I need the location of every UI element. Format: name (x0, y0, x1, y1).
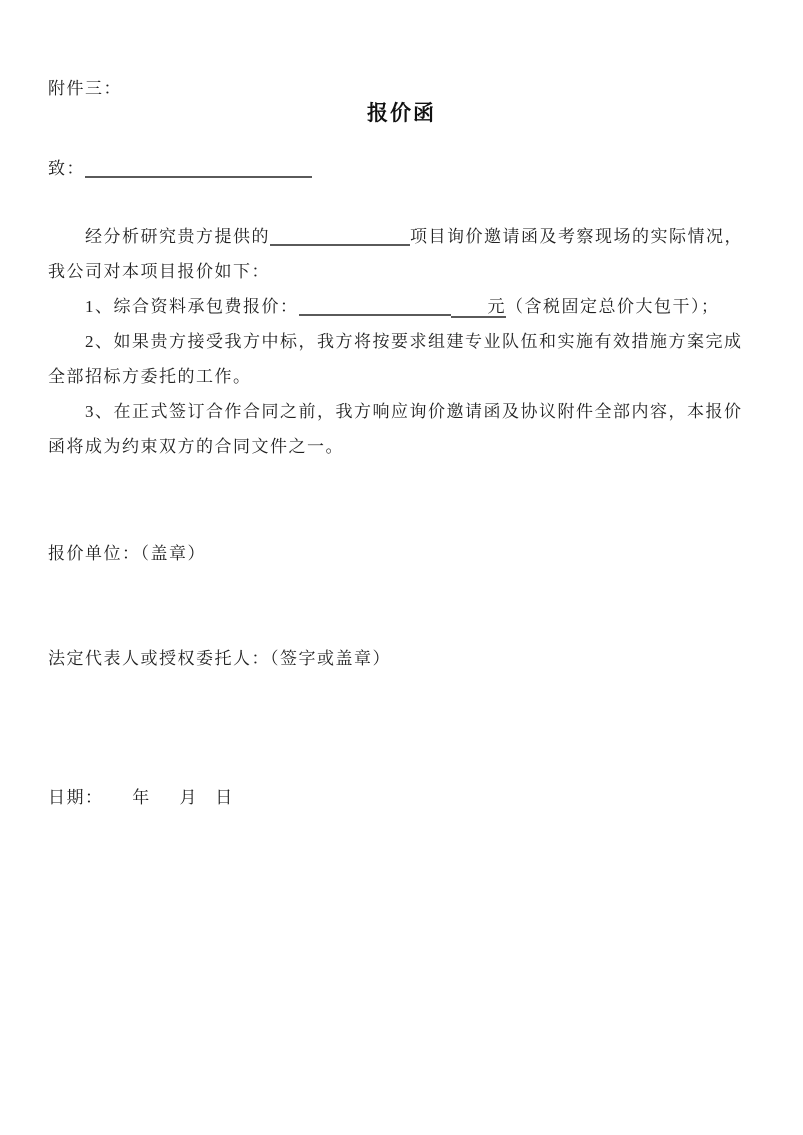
legal-representative-line: 法定代表人或授权委托人：（签字或盖章） (48, 641, 755, 676)
price-unit-label: 元 (451, 297, 507, 318)
item-1-line: 1、综合资料承包费报价：元（含税固定总价大包干）； (48, 289, 755, 324)
item-2-line-1: 2、如果贵方接受我方中标，我方将按要求组建专业队伍和实施有效措施方案完成 (48, 324, 755, 359)
quoting-unit-seal-line: 报价单位：（盖章） (48, 536, 755, 571)
price-blank-field (299, 294, 451, 316)
document-page: 附件三： 报价函 致： 经分析研究贵方提供的项目询价邀请函及考察现场的实际情况，… (0, 0, 803, 1135)
salutation-line: 致： (48, 151, 755, 186)
salutation-prefix: 致： (48, 159, 85, 178)
item-2-line-2: 全部招标方委托的工作。 (48, 359, 755, 394)
document-title: 报价函 (48, 96, 755, 131)
intro-line-2: 我公司对本项目报价如下： (48, 254, 755, 289)
date-line: 日期： 年 月 日 (48, 780, 755, 815)
list-item-3: 3、在正式签订合作合同之前，我方响应询价邀请函及协议附件全部内容，本报价 函将成… (48, 394, 755, 464)
intro-text-after-blank: 项目询价邀请函及考察现场的实际情况， (410, 227, 743, 246)
item-3-line-2: 函将成为约束双方的合同文件之一。 (48, 429, 755, 464)
list-item-1: 1、综合资料承包费报价：元（含税固定总价大包干）； (48, 289, 755, 324)
intro-paragraph: 经分析研究贵方提供的项目询价邀请函及考察现场的实际情况， 我公司对本项目报价如下… (48, 219, 755, 289)
intro-text-before-blank: 经分析研究贵方提供的 (85, 227, 270, 246)
list-item-2: 2、如果贵方接受我方中标，我方将按要求组建专业队伍和实施有效措施方案完成 全部招… (48, 324, 755, 394)
item-1-text-before-blank: 1、综合资料承包费报价： (85, 297, 299, 316)
item-1-text-after-blank: （含税固定总价大包干）； (506, 297, 720, 316)
project-name-blank-field (270, 224, 410, 246)
item-3-line-1: 3、在正式签订合作合同之前，我方响应询价邀请函及协议附件全部内容，本报价 (48, 394, 755, 429)
recipient-blank-field (85, 156, 312, 178)
intro-line-1: 经分析研究贵方提供的项目询价邀请函及考察现场的实际情况， (48, 219, 755, 254)
